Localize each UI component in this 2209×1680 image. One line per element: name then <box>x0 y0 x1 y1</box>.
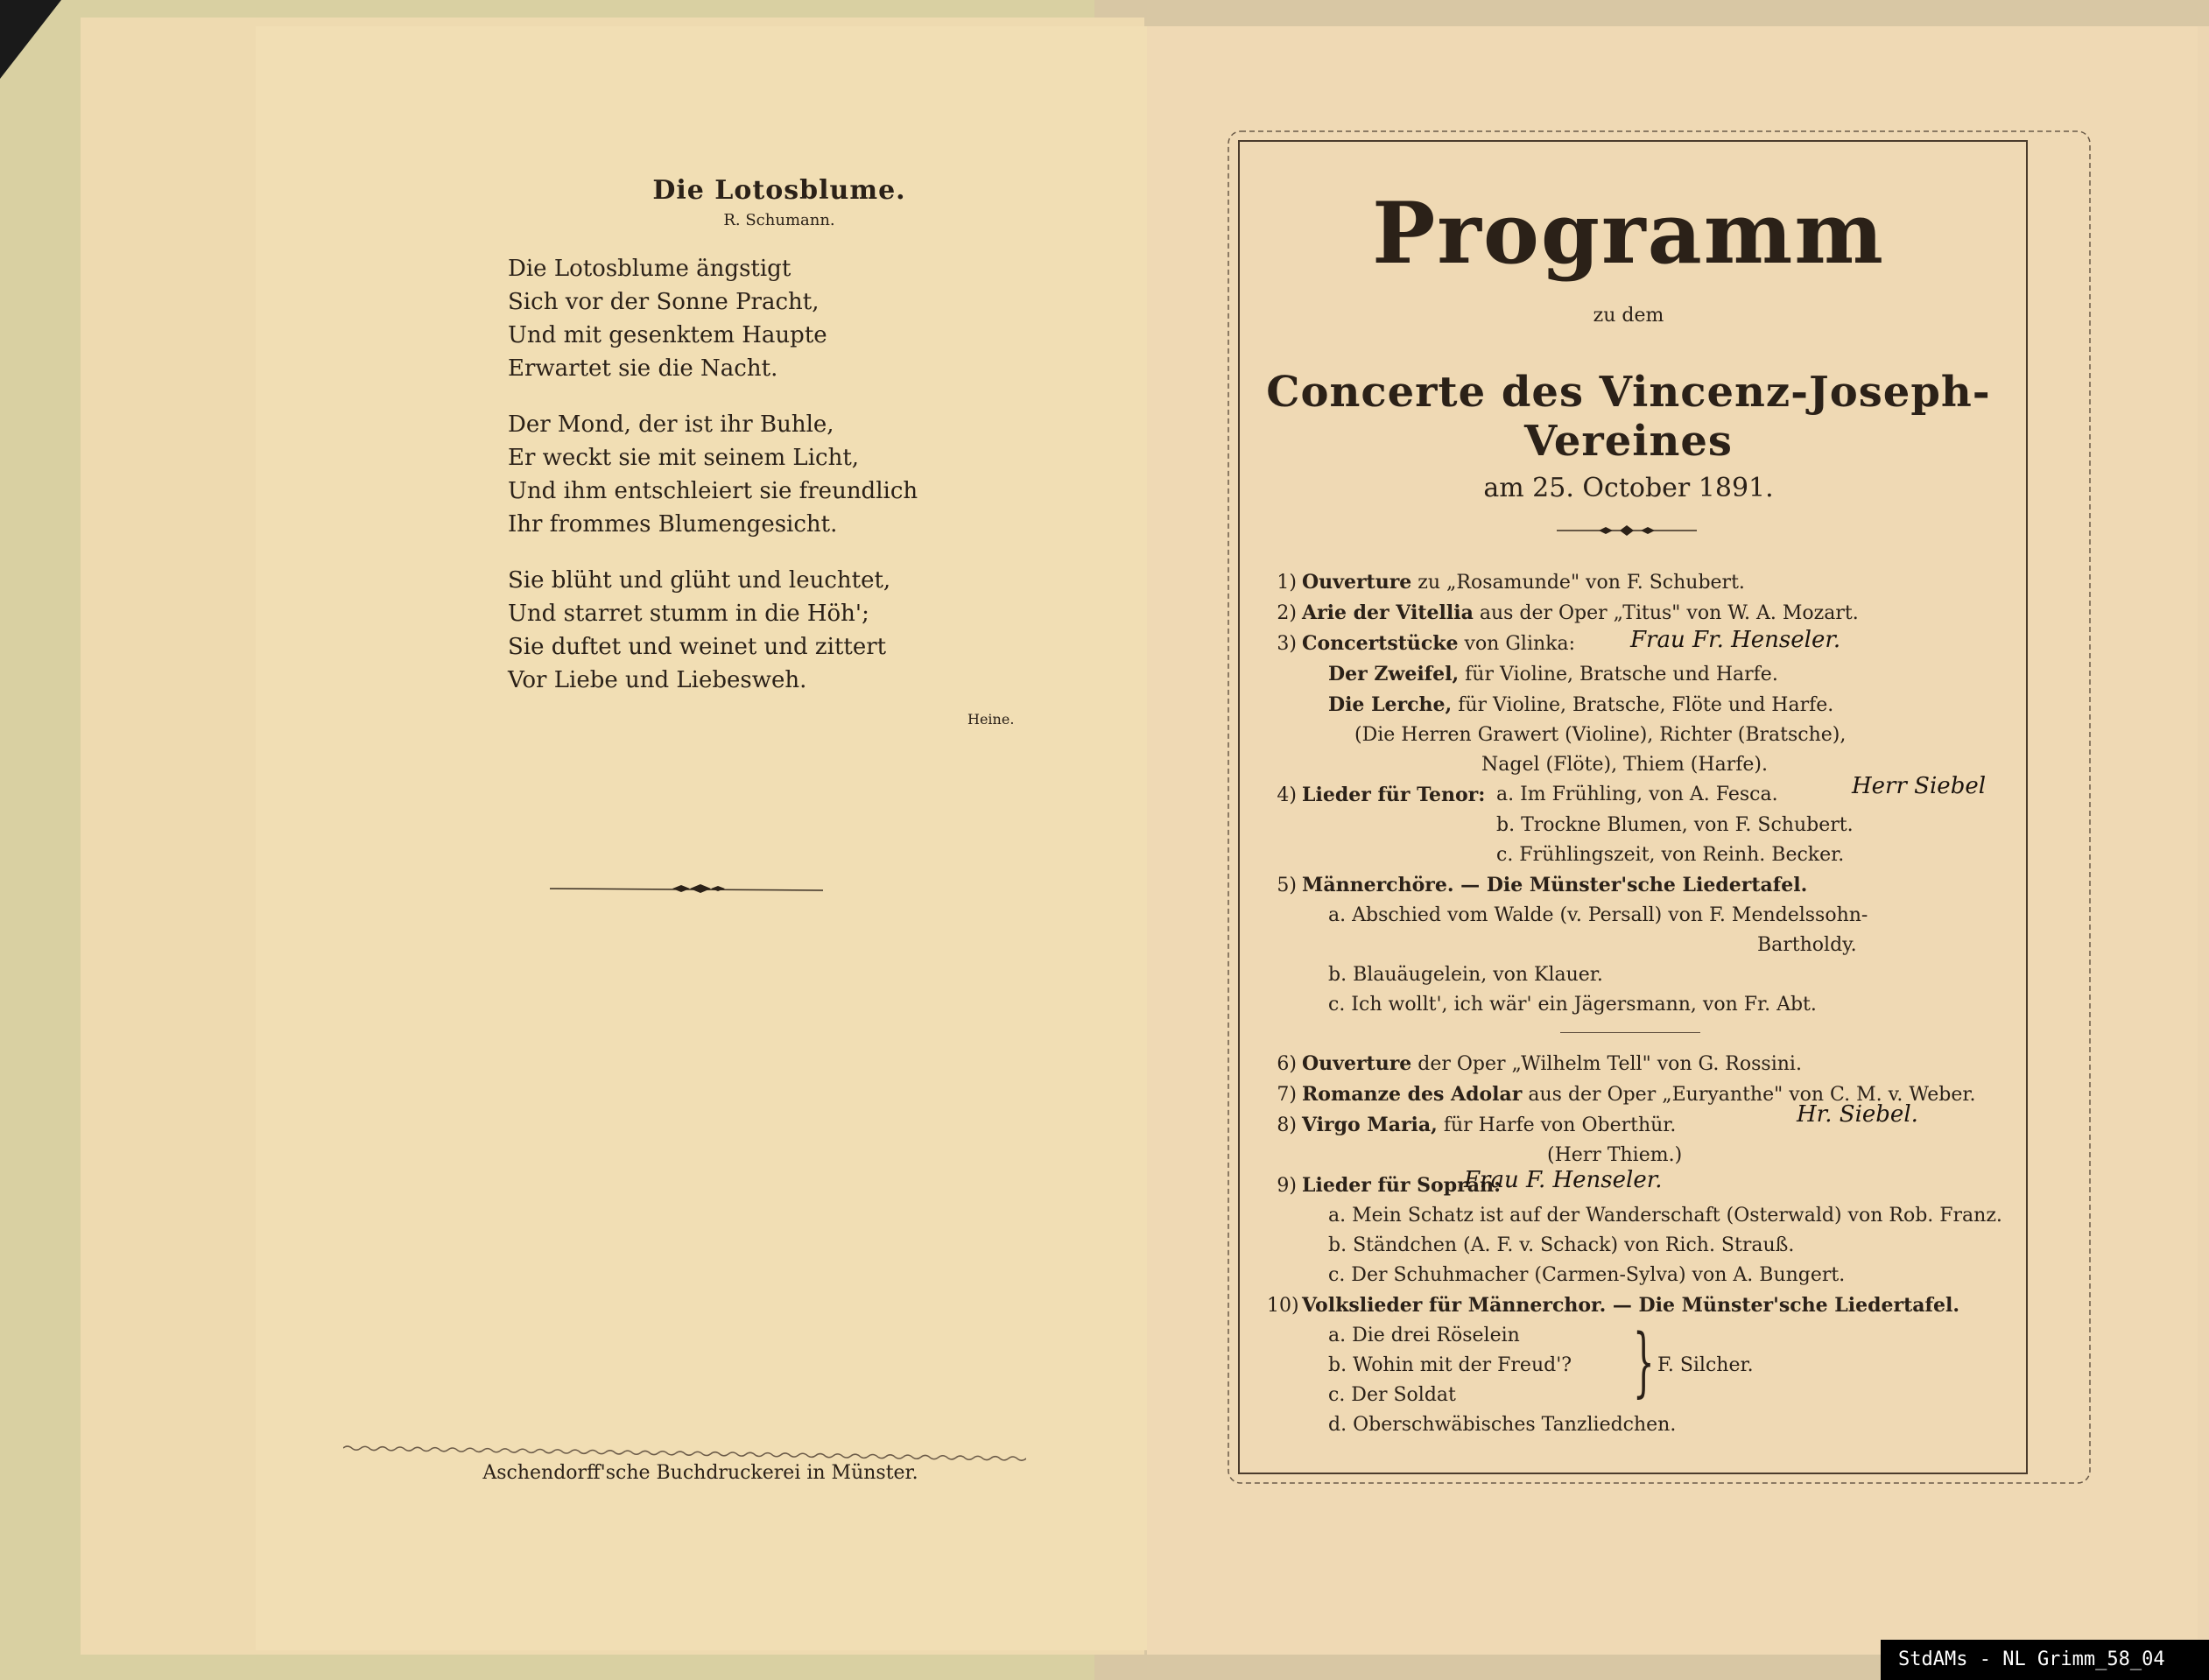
program-subitem: c. Frühlingszeit, von Reinh. Becker. <box>1267 840 2020 870</box>
handwritten-annotation: Frau F. Henseler. <box>1464 1165 1663 1195</box>
poem-stanza-1: Die Lotosblume ängstigt Sich vor der Son… <box>508 252 998 385</box>
program-title: Programm <box>1235 184 2023 283</box>
program-item-6: 6)Ouverture der Oper „Wilhelm Tell" von … <box>1267 1049 2020 1079</box>
poem-line: Sie blüht und glüht und leuchtet, <box>508 564 998 597</box>
program-subitem: c. Ich wollt', ich wär' ein Jägersmann, … <box>1267 990 2020 1020</box>
wavy-rule-icon <box>343 1443 1026 1464</box>
silcher-group: a. Die drei Röselein b. Wohin mit der Fr… <box>1267 1321 2020 1410</box>
concert-title: Concerte des Vincenz-Joseph-Vereines <box>1235 368 2023 466</box>
program-item-10: 10)Volkslieder für Männerchor. — Die Mün… <box>1267 1290 2020 1321</box>
performer-note: (Die Herren Grawert (Violine), Richter (… <box>1267 721 2020 750</box>
poem-line: Ihr frommes Blumengesicht. <box>508 508 998 541</box>
archive-caption: StdAMs - NL Grimm_58_04 <box>1881 1640 2209 1680</box>
program-subitem: c. Der Schuhmacher (Carmen-Sylva) von A.… <box>1267 1261 2020 1290</box>
program-item-9: 9)Lieder für Sopran: Frau F. Henseler. <box>1267 1170 2020 1201</box>
program-subtitle: zu dem <box>1235 305 2023 327</box>
poem-stanza-2: Der Mond, der ist ihr Buhle, Er weckt si… <box>508 408 998 541</box>
ornament-divider-icon <box>1557 524 1697 538</box>
poem-stanza-3: Sie blüht und glüht und leuchtet, Und st… <box>508 564 998 697</box>
poem-line: Vor Liebe und Liebesweh. <box>508 664 998 697</box>
group-composer: F. Silcher. <box>1657 1351 1754 1381</box>
poem-title: Die Lotosblume. <box>587 175 972 206</box>
intermission-divider <box>1560 1032 1700 1033</box>
poem-line: Sich vor der Sonne Pracht, <box>508 285 998 319</box>
program-subitem: Die Lerche, für Violine, Bratsche, Flöte… <box>1267 690 2020 721</box>
poem-line: Er weckt sie mit seinem Licht, <box>508 441 998 474</box>
program-subitem: b. Ständchen (A. F. v. Schack) von Rich.… <box>1267 1231 2020 1261</box>
program-subitem: a. Abschied vom Walde (v. Persall) von F… <box>1267 901 2020 931</box>
program-item-5: 5)Männerchöre. — Die Münster'sche Lieder… <box>1267 870 2020 901</box>
dark-corner <box>0 0 61 79</box>
program-subitem: b. Trockne Blumen, von F. Schubert. <box>1267 811 2020 840</box>
poem-line: Der Mond, der ist ihr Buhle, <box>508 408 998 441</box>
program-list: 1)Ouverture zu „Rosamunde" von F. Schube… <box>1267 567 2020 1440</box>
ornament-divider-icon <box>550 882 823 896</box>
program-subitem: b. Blauäugelein, von Klauer. <box>1267 960 2020 990</box>
brace-icon: } <box>1633 1325 1655 1400</box>
handwritten-annotation: Herr Siebel <box>1852 771 1986 801</box>
handwritten-annotation: Hr. Siebel. <box>1797 1100 1918 1129</box>
poem-line: Sie duftet und weinet und zittert <box>508 630 998 664</box>
program-item-1: 1)Ouverture zu „Rosamunde" von F. Schube… <box>1267 567 2020 598</box>
program-item-4: 4)Lieder für Tenor: a. Im Frühling, von … <box>1267 780 2020 811</box>
handwritten-annotation: Frau Fr. Henseler. <box>1630 625 1840 655</box>
program-subitem: Bartholdy. <box>1267 931 2020 960</box>
program-subitem: d. Oberschwäbisches Tanzliedchen. <box>1267 1410 2020 1440</box>
poem-line: Und mit gesenktem Haupte <box>508 319 998 352</box>
poem-line: Und ihm entschleiert sie freundlich <box>508 474 998 508</box>
concert-date: am 25. October 1891. <box>1235 473 2023 503</box>
program-item-8: 8)Virgo Maria, für Harfe von Oberthür. H… <box>1267 1110 2020 1141</box>
poem-line: Erwartet sie die Nacht. <box>508 352 998 385</box>
program-item-2: 2)Arie der Vitellia aus der Oper „Titus"… <box>1267 598 2020 629</box>
poem-author: Heine. <box>967 711 1014 728</box>
program-subitem: a. Mein Schatz ist auf der Wanderschaft … <box>1267 1201 2020 1231</box>
poem-composer: R. Schumann. <box>587 211 972 229</box>
poem-line: Die Lotosblume ängstigt <box>508 252 998 285</box>
program-item-3: 3)Concertstücke von Glinka: Frau Fr. Hen… <box>1267 629 2020 659</box>
program-subitem: Der Zweifel, für Violine, Bratsche und H… <box>1267 659 2020 690</box>
printer-imprint: Aschendorff'sche Buchdruckerei in Münste… <box>350 1462 1051 1484</box>
poem-line: Und starret stumm in die Höh'; <box>508 597 998 630</box>
poem: Die Lotosblume. R. Schumann. Die Lotosbl… <box>508 175 998 697</box>
